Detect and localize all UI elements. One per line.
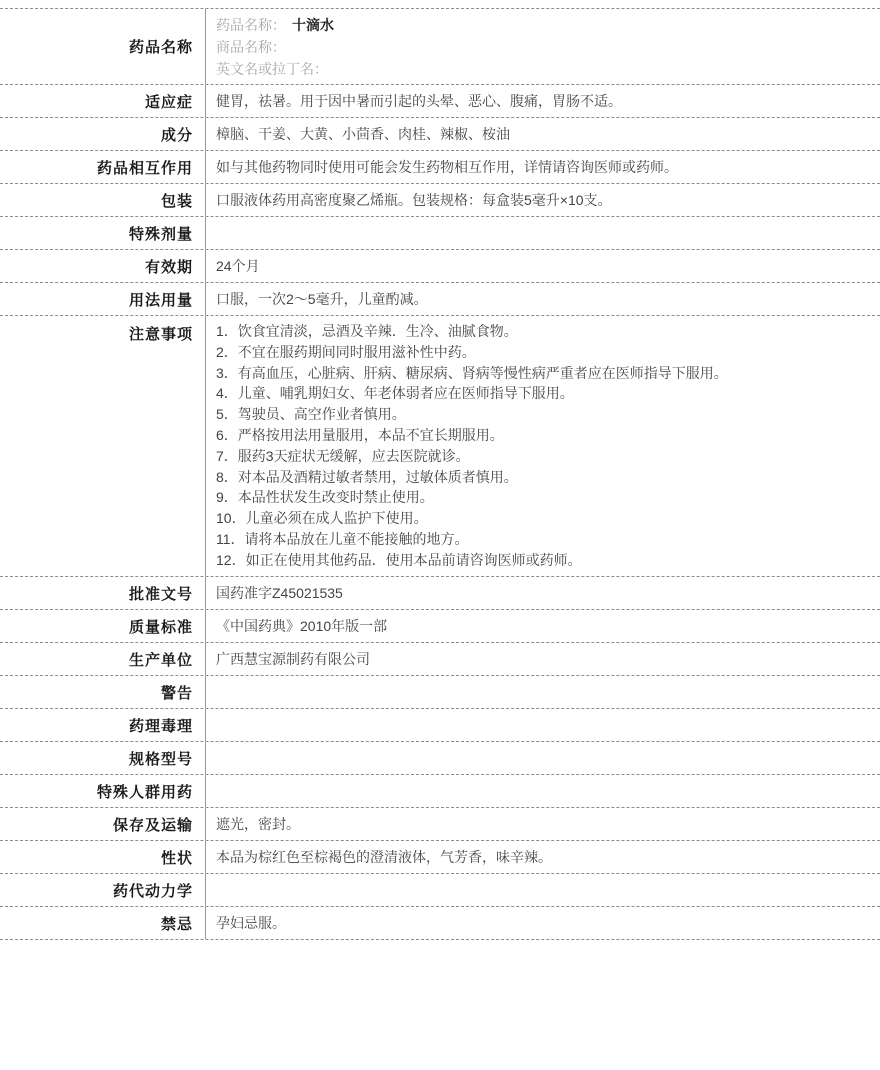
- table-row: 注意事项1．饮食宜清淡，忌酒及辛辣．生冷、油腻食物。2．不宜在服药期间同时服用滋…: [0, 316, 880, 577]
- row-value: 24个月: [205, 250, 880, 282]
- table-row: 药品相互作用如与其他药物同时使用可能会发生药物相互作用，详情请咨询医师或药师。: [0, 151, 880, 184]
- row-label: 生产单位: [0, 643, 205, 675]
- row-label: 保存及运输: [0, 808, 205, 840]
- row-label: 注意事项: [0, 316, 205, 576]
- table-row: 质量标准《中国药典》2010年版一部: [0, 610, 880, 643]
- row-value: [205, 217, 880, 249]
- row-value: 遮光，密封。: [205, 808, 880, 840]
- note-line: 9．本品性状发生改变时禁止使用。: [216, 487, 870, 508]
- note-line: 7．服药3天症状无缓解，应去医院就诊。: [216, 446, 870, 467]
- value-text: 樟脑、干姜、大黄、小茴香、肉桂、辣椒、桉油: [216, 125, 870, 144]
- row-label: 用法用量: [0, 283, 205, 315]
- field-key: 英文名或拉丁名：: [216, 61, 328, 77]
- name-field-line: 英文名或拉丁名：: [216, 58, 870, 80]
- row-value: 国药准字Z45021535: [205, 577, 880, 609]
- table-row: 规格型号: [0, 742, 880, 775]
- row-value: [205, 676, 880, 708]
- row-label: 药品名称: [0, 9, 205, 84]
- note-line: 6．严格按用法用量服用，本品不宜长期服用。: [216, 425, 870, 446]
- value-text: 广西慧宝源制药有限公司: [216, 650, 870, 669]
- row-label: 规格型号: [0, 742, 205, 774]
- row-value: 如与其他药物同时使用可能会发生药物相互作用，详情请咨询医师或药师。: [205, 151, 880, 183]
- row-value: 樟脑、干姜、大黄、小茴香、肉桂、辣椒、桉油: [205, 118, 880, 150]
- value-text: 口服，一次2～5毫升，儿童酌减。: [216, 290, 870, 309]
- value-text: 口服液体药用高密度聚乙烯瓶。包装规格：每盒装5毫升×10支。: [216, 191, 870, 210]
- drug-info-table: 药品名称药品名称：十滴水商品名称：英文名或拉丁名：适应症健胃，祛暑。用于因中暑而…: [0, 8, 880, 940]
- row-label: 性状: [0, 841, 205, 873]
- table-row: 警告: [0, 676, 880, 709]
- note-line: 8．对本品及酒精过敏者禁用，过敏体质者慎用。: [216, 467, 870, 488]
- note-line: 10．儿童必须在成人监护下使用。: [216, 508, 870, 529]
- row-value: 广西慧宝源制药有限公司: [205, 643, 880, 675]
- field-key: 药品名称：: [216, 17, 286, 33]
- table-row: 药品名称药品名称：十滴水商品名称：英文名或拉丁名：: [0, 9, 880, 85]
- row-label: 包装: [0, 184, 205, 216]
- note-line: 1．饮食宜清淡，忌酒及辛辣．生冷、油腻食物。: [216, 321, 870, 342]
- value-text: 健胃，祛暑。用于因中暑而引起的头晕、恶心、腹痛，胃肠不适。: [216, 92, 870, 111]
- note-line: 11．请将本品放在儿童不能接触的地方。: [216, 529, 870, 550]
- value-text: 遮光，密封。: [216, 815, 870, 834]
- row-value: 孕妇忌服。: [205, 907, 880, 939]
- field-key: 商品名称：: [216, 39, 286, 55]
- row-value: 《中国药典》2010年版一部: [205, 610, 880, 642]
- field-value: 十滴水: [292, 17, 334, 33]
- table-row: 生产单位广西慧宝源制药有限公司: [0, 643, 880, 676]
- name-field-line: 商品名称：: [216, 36, 870, 58]
- table-row: 有效期24个月: [0, 250, 880, 283]
- value-text: 24个月: [216, 257, 870, 276]
- name-field-line: 药品名称：十滴水: [216, 14, 870, 36]
- table-row: 批准文号国药准字Z45021535: [0, 577, 880, 610]
- row-label: 批准文号: [0, 577, 205, 609]
- row-value: [205, 775, 880, 807]
- table-row: 适应症健胃，祛暑。用于因中暑而引起的头晕、恶心、腹痛，胃肠不适。: [0, 85, 880, 118]
- value-text: 如与其他药物同时使用可能会发生药物相互作用，详情请咨询医师或药师。: [216, 158, 870, 177]
- row-label: 禁忌: [0, 907, 205, 939]
- table-row: 特殊剂量: [0, 217, 880, 250]
- row-value: 健胃，祛暑。用于因中暑而引起的头晕、恶心、腹痛，胃肠不适。: [205, 85, 880, 117]
- row-label: 适应症: [0, 85, 205, 117]
- row-label: 药理毒理: [0, 709, 205, 741]
- note-line: 5．驾驶员、高空作业者慎用。: [216, 404, 870, 425]
- row-value: [205, 709, 880, 741]
- note-line: 4．儿童、哺乳期妇女、年老体弱者应在医师指导下服用。: [216, 383, 870, 404]
- row-value: 本品为棕红色至棕褐色的澄清液体，气芳香，味辛辣。: [205, 841, 880, 873]
- table-row: 性状本品为棕红色至棕褐色的澄清液体，气芳香，味辛辣。: [0, 841, 880, 874]
- row-label: 警告: [0, 676, 205, 708]
- row-label: 药品相互作用: [0, 151, 205, 183]
- value-text: 国药准字Z45021535: [216, 584, 870, 603]
- row-value: 口服液体药用高密度聚乙烯瓶。包装规格：每盒装5毫升×10支。: [205, 184, 880, 216]
- note-line: 3．有高血压，心脏病、肝病、糖尿病、肾病等慢性病严重者应在医师指导下服用。: [216, 363, 870, 384]
- table-row: 药代动力学: [0, 874, 880, 907]
- value-text: 《中国药典》2010年版一部: [216, 617, 870, 636]
- row-value: 口服，一次2～5毫升，儿童酌减。: [205, 283, 880, 315]
- note-line: 2．不宜在服药期间同时服用滋补性中药。: [216, 342, 870, 363]
- row-value: [205, 874, 880, 906]
- value-text: 孕妇忌服。: [216, 914, 870, 933]
- table-row: 特殊人群用药: [0, 775, 880, 808]
- row-label: 有效期: [0, 250, 205, 282]
- table-row: 药理毒理: [0, 709, 880, 742]
- table-row: 用法用量口服，一次2～5毫升，儿童酌减。: [0, 283, 880, 316]
- table-row: 保存及运输遮光，密封。: [0, 808, 880, 841]
- row-value: 药品名称：十滴水商品名称：英文名或拉丁名：: [205, 9, 880, 84]
- table-row: 包装口服液体药用高密度聚乙烯瓶。包装规格：每盒装5毫升×10支。: [0, 184, 880, 217]
- row-label: 特殊剂量: [0, 217, 205, 249]
- row-value: [205, 742, 880, 774]
- table-row: 禁忌孕妇忌服。: [0, 907, 880, 940]
- note-line: 12．如正在使用其他药品．使用本品前请咨询医师或药师。: [216, 550, 870, 571]
- row-label: 药代动力学: [0, 874, 205, 906]
- table-row: 成分樟脑、干姜、大黄、小茴香、肉桂、辣椒、桉油: [0, 118, 880, 151]
- row-label: 成分: [0, 118, 205, 150]
- row-value: 1．饮食宜清淡，忌酒及辛辣．生冷、油腻食物。2．不宜在服药期间同时服用滋补性中药…: [205, 316, 880, 576]
- value-text: 本品为棕红色至棕褐色的澄清液体，气芳香，味辛辣。: [216, 848, 870, 867]
- row-label: 特殊人群用药: [0, 775, 205, 807]
- row-label: 质量标准: [0, 610, 205, 642]
